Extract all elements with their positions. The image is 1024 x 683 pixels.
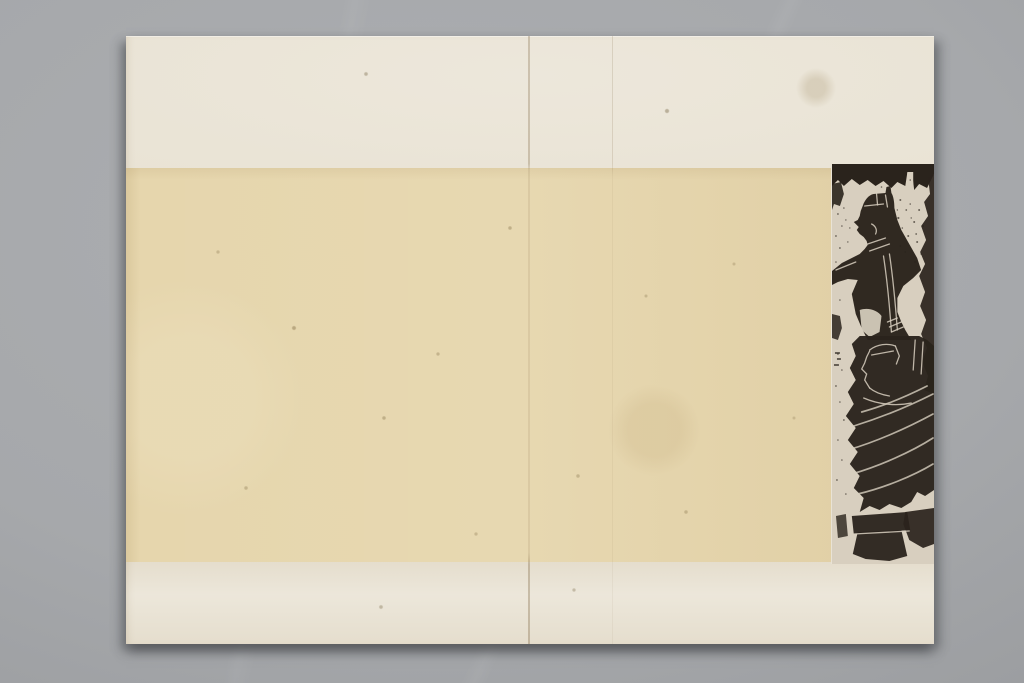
secondary-fold-crease bbox=[612, 36, 613, 644]
print-left-edge-mark bbox=[832, 182, 844, 210]
center-fold-crease bbox=[528, 36, 530, 644]
pedestal-base bbox=[836, 508, 934, 561]
photo-backdrop bbox=[0, 0, 1024, 683]
woodblock-figure-art bbox=[832, 164, 934, 564]
folio-top-margin bbox=[126, 36, 934, 168]
toned-paper-panel bbox=[126, 168, 831, 562]
folio-bottom-margin bbox=[126, 562, 934, 644]
print-top-border-bar bbox=[832, 164, 934, 190]
album-folio bbox=[126, 36, 934, 644]
woodblock-print-fragment bbox=[831, 164, 934, 564]
margin-ink-marks bbox=[832, 314, 842, 366]
print-bar-notch bbox=[907, 172, 913, 185]
